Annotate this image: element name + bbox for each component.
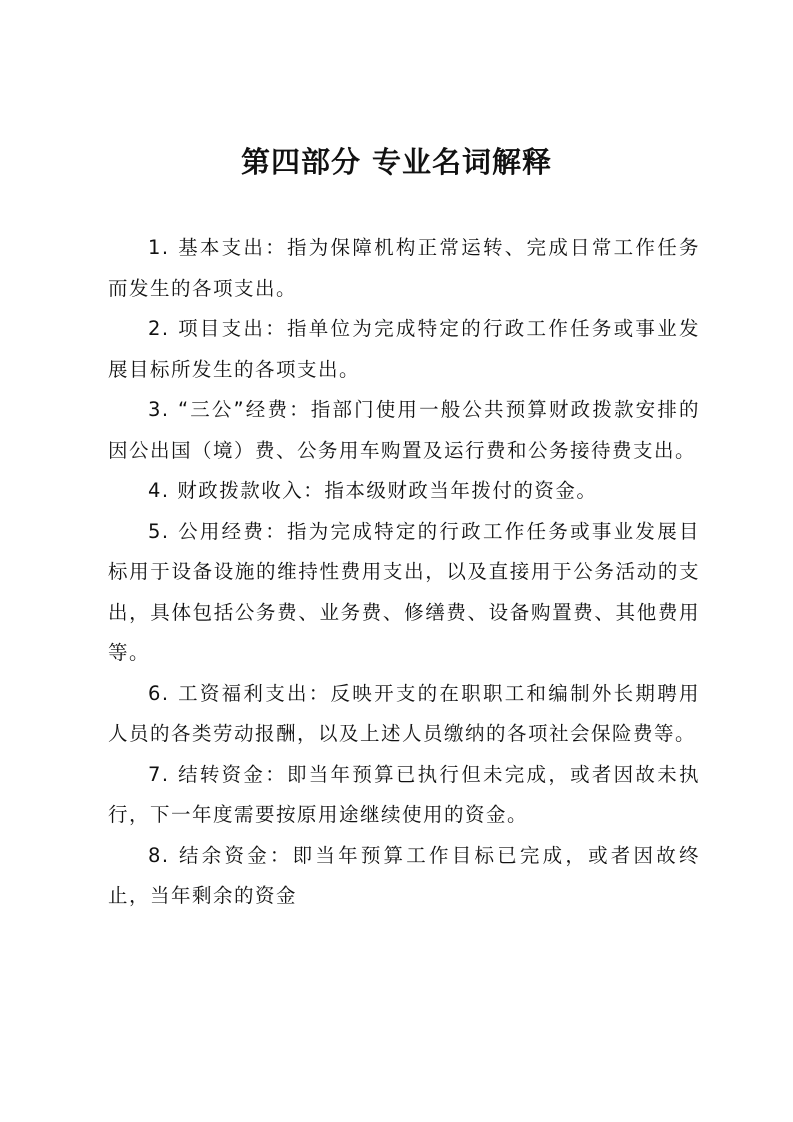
glossary-item: 7. 结转资金：即当年预算已执行但未完成，或者因故未执行，下一年度需要按原用途继… (108, 755, 700, 836)
glossary-item: 2. 项目支出：指单位为完成特定的行政工作任务或事业发展目标所发生的各项支出。 (108, 309, 700, 390)
term: 1. 基本支出： (148, 236, 287, 259)
glossary-item: 5. 公用经费：指为完成特定的行政工作任务或事业发展目标用于设备设施的维持性费用… (108, 512, 700, 674)
term: 4. 财政拨款收入： (148, 479, 324, 502)
term: 5. 公用经费： (148, 520, 287, 543)
term: 2. 项目支出： (148, 317, 287, 340)
glossary-item: 8. 结余资金：即当年预算工作目标已完成，或者因故终止，当年剩余的资金 (108, 836, 700, 917)
term: 6. 工资福利支出： (148, 682, 331, 705)
glossary-item: 1. 基本支出：指为保障机构正常运转、完成日常工作任务而发生的各项支出。 (108, 228, 700, 309)
page-title: 第四部分 专业名词解释 (0, 140, 793, 181)
glossary-body: 1. 基本支出：指为保障机构正常运转、完成日常工作任务而发生的各项支出。 2. … (108, 228, 700, 917)
term: 8. 结余资金： (148, 844, 293, 867)
term: 7. 结转资金： (148, 763, 287, 786)
glossary-item: 4. 财政拨款收入：指本级财政当年拨付的资金。 (108, 471, 700, 512)
term: 3. “三公”经费： (148, 398, 311, 421)
glossary-item: 3. “三公”经费：指部门使用一般公共预算财政拨款安排的因公出国（境）费、公务用… (108, 390, 700, 471)
definition: 指本级财政当年拨付的资金。 (324, 479, 597, 502)
glossary-item: 6. 工资福利支出：反映开支的在职职工和编制外长期聘用人员的各类劳动报酬，以及上… (108, 674, 700, 755)
